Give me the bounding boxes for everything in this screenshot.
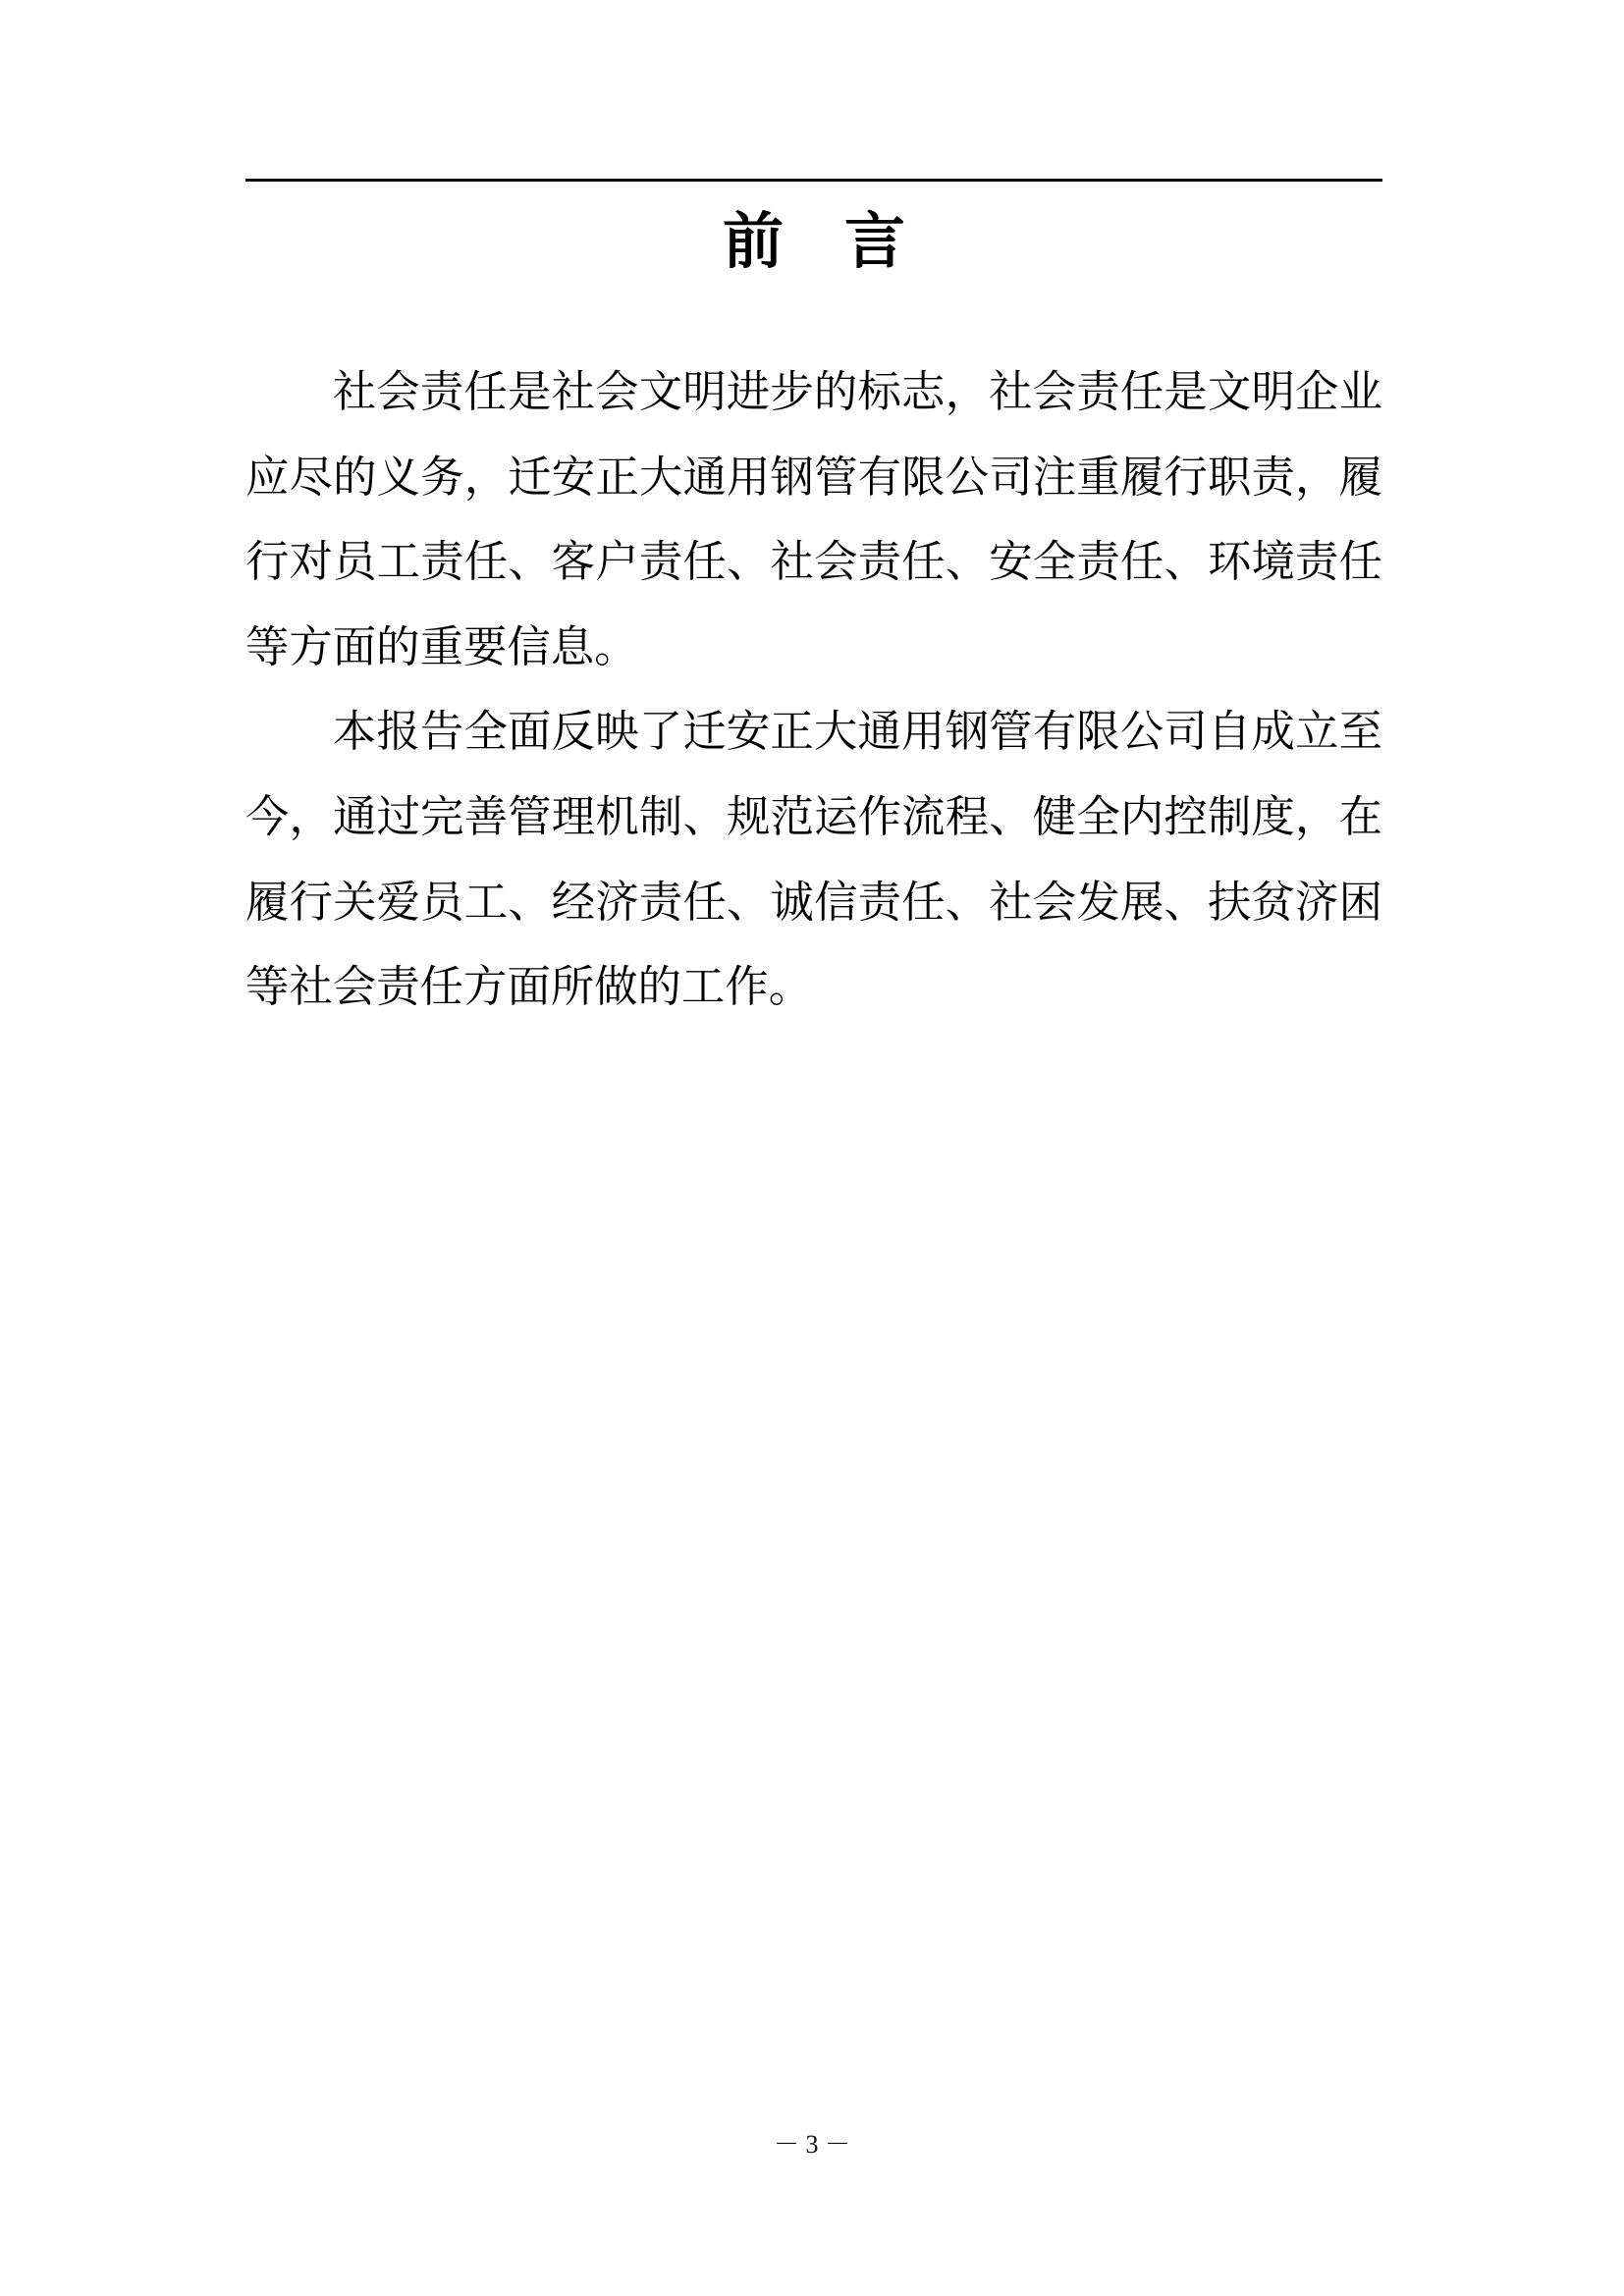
header-rule-divider <box>245 179 1382 182</box>
paragraph-intro: 社会责任是社会文明进步的标志，社会责任是文明企业应尽的义务，迁安正大通用钢管有限… <box>245 350 1382 690</box>
document-page: 前 言 社会责任是社会文明进步的标志，社会责任是文明企业应尽的义务，迁安正大通用… <box>0 0 1624 2296</box>
page-number: － 3 － <box>0 2128 1624 2162</box>
paragraph-report-scope: 本报告全面反映了迁安正大通用钢管有限公司自成立至今，通过完善管理机制、规范运作流… <box>245 690 1382 1030</box>
page-title: 前 言 <box>245 204 1382 279</box>
body-text: 社会责任是社会文明进步的标志，社会责任是文明企业应尽的义务，迁安正大通用钢管有限… <box>245 350 1382 1031</box>
